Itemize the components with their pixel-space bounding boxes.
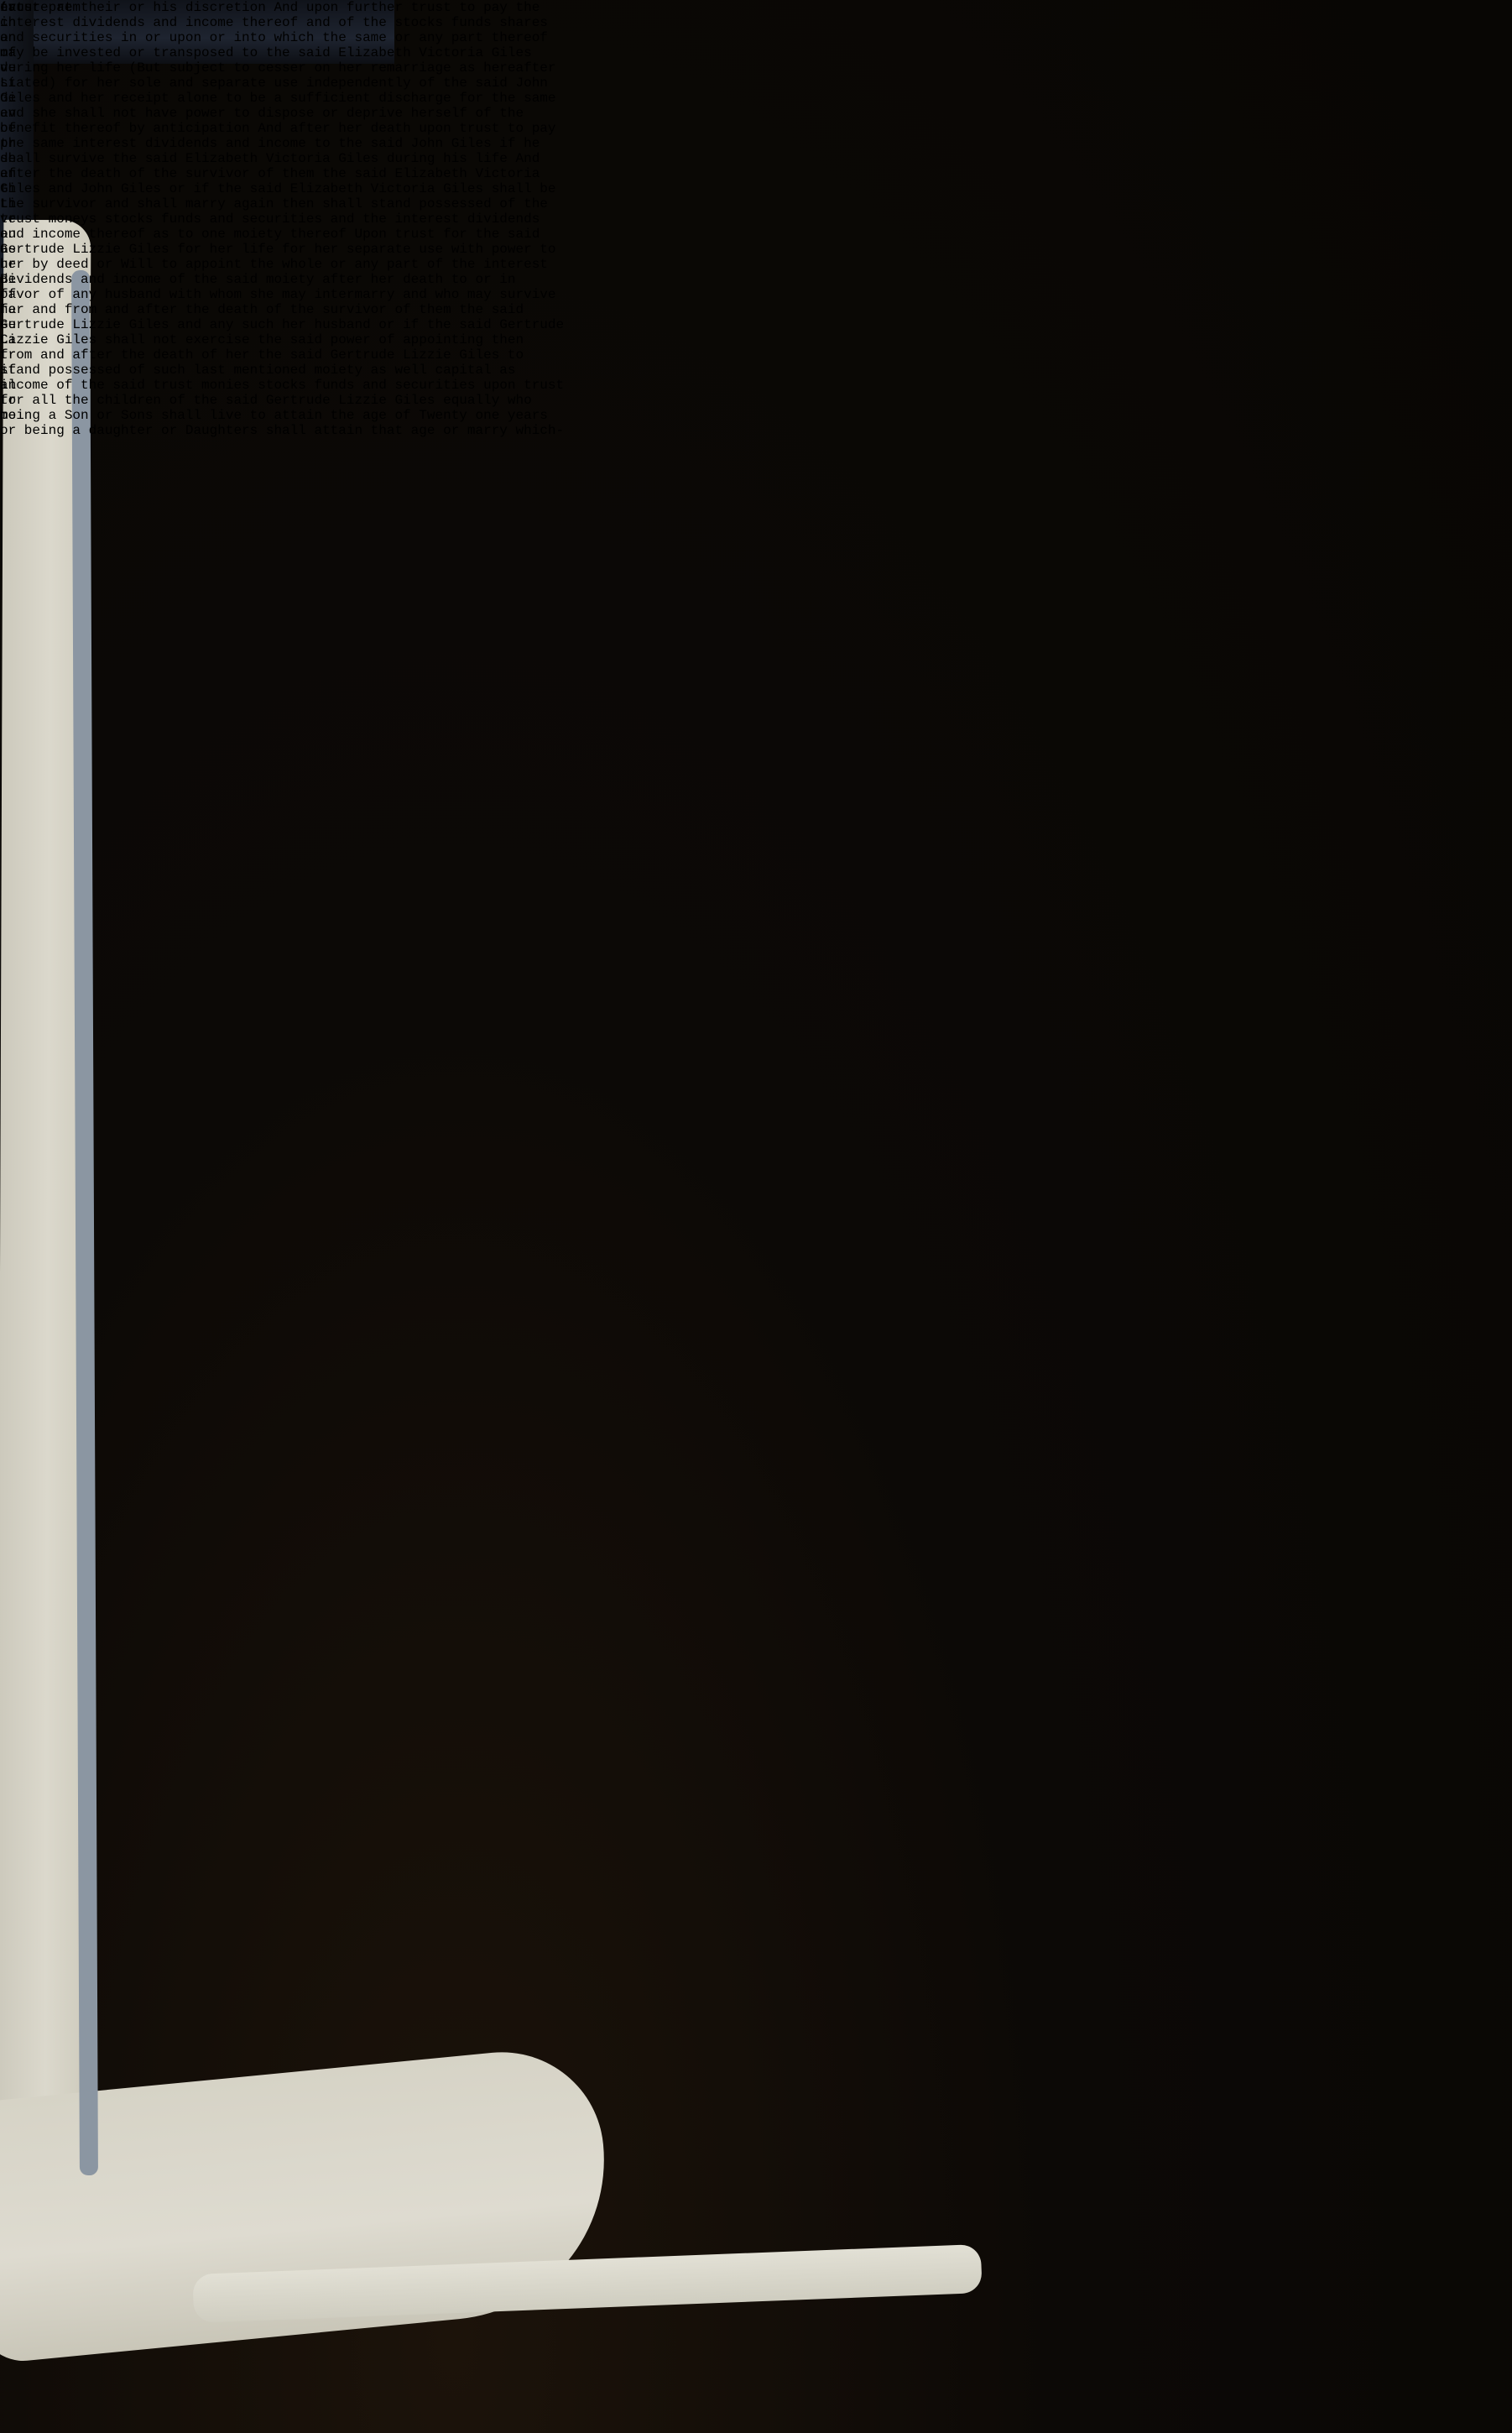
fragment-line: al xyxy=(0,378,16,393)
fragment-line: pr xyxy=(0,136,16,151)
text-line: her and from and after the death of the … xyxy=(0,302,564,317)
text-line: dividends and income of the said moiety … xyxy=(0,272,564,287)
text-line: stand possessed of such last mentioned m… xyxy=(0,363,564,378)
text-line: and securities in or upon or into which … xyxy=(0,30,564,45)
fragment-line: if xyxy=(0,363,16,378)
fragment-line: ou xyxy=(0,227,16,242)
text-line: stated) for her sole and separate use in… xyxy=(0,76,564,91)
fragment-line: ur xyxy=(0,257,16,272)
fragment-line: ve xyxy=(0,211,16,227)
text-line: shall survive the said Elizabeth Victori… xyxy=(0,151,564,166)
text-line: may be invested or transposed to the sai… xyxy=(0,45,564,60)
text-line: Lizzie Giles shall not exercise the said… xyxy=(0,332,564,347)
scanned-book-photo: { "page": { "description": "Scanned page… xyxy=(0,0,1512,2433)
fragment-line: de xyxy=(0,151,16,166)
fragment-line: on xyxy=(0,30,16,45)
fragment-line: mo xyxy=(0,408,16,423)
text-line: and she shall not have power to dispose … xyxy=(0,106,564,121)
text-line: Giles and her receipt alone to be a suff… xyxy=(0,91,564,106)
text-line: favor of any husband with whom she may i… xyxy=(0,287,564,302)
fragment-line: en xyxy=(0,166,16,181)
fragment-line: Ca xyxy=(0,332,16,347)
text-line: and income thereof as to one moiety ther… xyxy=(0,227,564,242)
text-line: trust moneys stocks funds and securities… xyxy=(0,211,564,227)
right-page-text-column: evchonofveLideevofprdeenthLiveouasurBeof… xyxy=(0,0,16,423)
fragment-line: fa xyxy=(0,302,16,317)
fragment-line: Li xyxy=(0,196,16,211)
text-line: Giles and John Giles or if the said Eliz… xyxy=(0,181,564,196)
fragment-line: ch xyxy=(0,15,16,30)
fragment-line: Li xyxy=(0,76,16,91)
text-line: interest dividends and income thereof an… xyxy=(0,15,564,30)
text-line: during her life (But subject to cesser o… xyxy=(0,60,564,76)
fragment-line: Be xyxy=(0,272,16,287)
text-line: being a Son or Sons shall live to attain… xyxy=(0,408,564,423)
text-line: after the death of the survivor of them … xyxy=(0,166,564,181)
margin-annotation-handwriting: trust prem xyxy=(0,0,81,15)
fragment-line: tr xyxy=(0,347,16,363)
fragment-line: de xyxy=(0,91,16,106)
fragment-line: th xyxy=(0,181,16,196)
fragment-line: su xyxy=(0,317,16,332)
typed-text-block: nature at their or his discretion And up… xyxy=(0,0,564,438)
fragment-line: of xyxy=(0,287,16,302)
text-line: or being a daughter or Daughters shall a… xyxy=(0,423,564,438)
text-line: from and after the death of her the said… xyxy=(0,347,564,363)
text-line: for all the children of the said Gertrud… xyxy=(0,393,564,408)
text-line: the survivor and shall marry again then … xyxy=(0,196,564,211)
fragment-line: as xyxy=(0,242,16,257)
text-line: the same interest dividends and income t… xyxy=(0,136,564,151)
text-line: nature at their or his discretion And up… xyxy=(0,0,564,15)
fragment-line: of xyxy=(0,121,16,136)
text-line: Gertrude Lizzie Giles for her life for h… xyxy=(0,242,564,257)
text-line: benefit thereof by anticipation And afte… xyxy=(0,121,564,136)
fragment-line: of xyxy=(0,45,16,60)
fragment-line: ev xyxy=(0,106,16,121)
text-line: her by deed or Will to appoint the whole… xyxy=(0,257,564,272)
text-line: income of the said trust monies stocks f… xyxy=(0,378,564,393)
text-line: Gertrude Lizzie Giles and any such her h… xyxy=(0,317,564,332)
fragment-line: ve xyxy=(0,60,16,76)
fragment-line: tr xyxy=(0,393,16,408)
